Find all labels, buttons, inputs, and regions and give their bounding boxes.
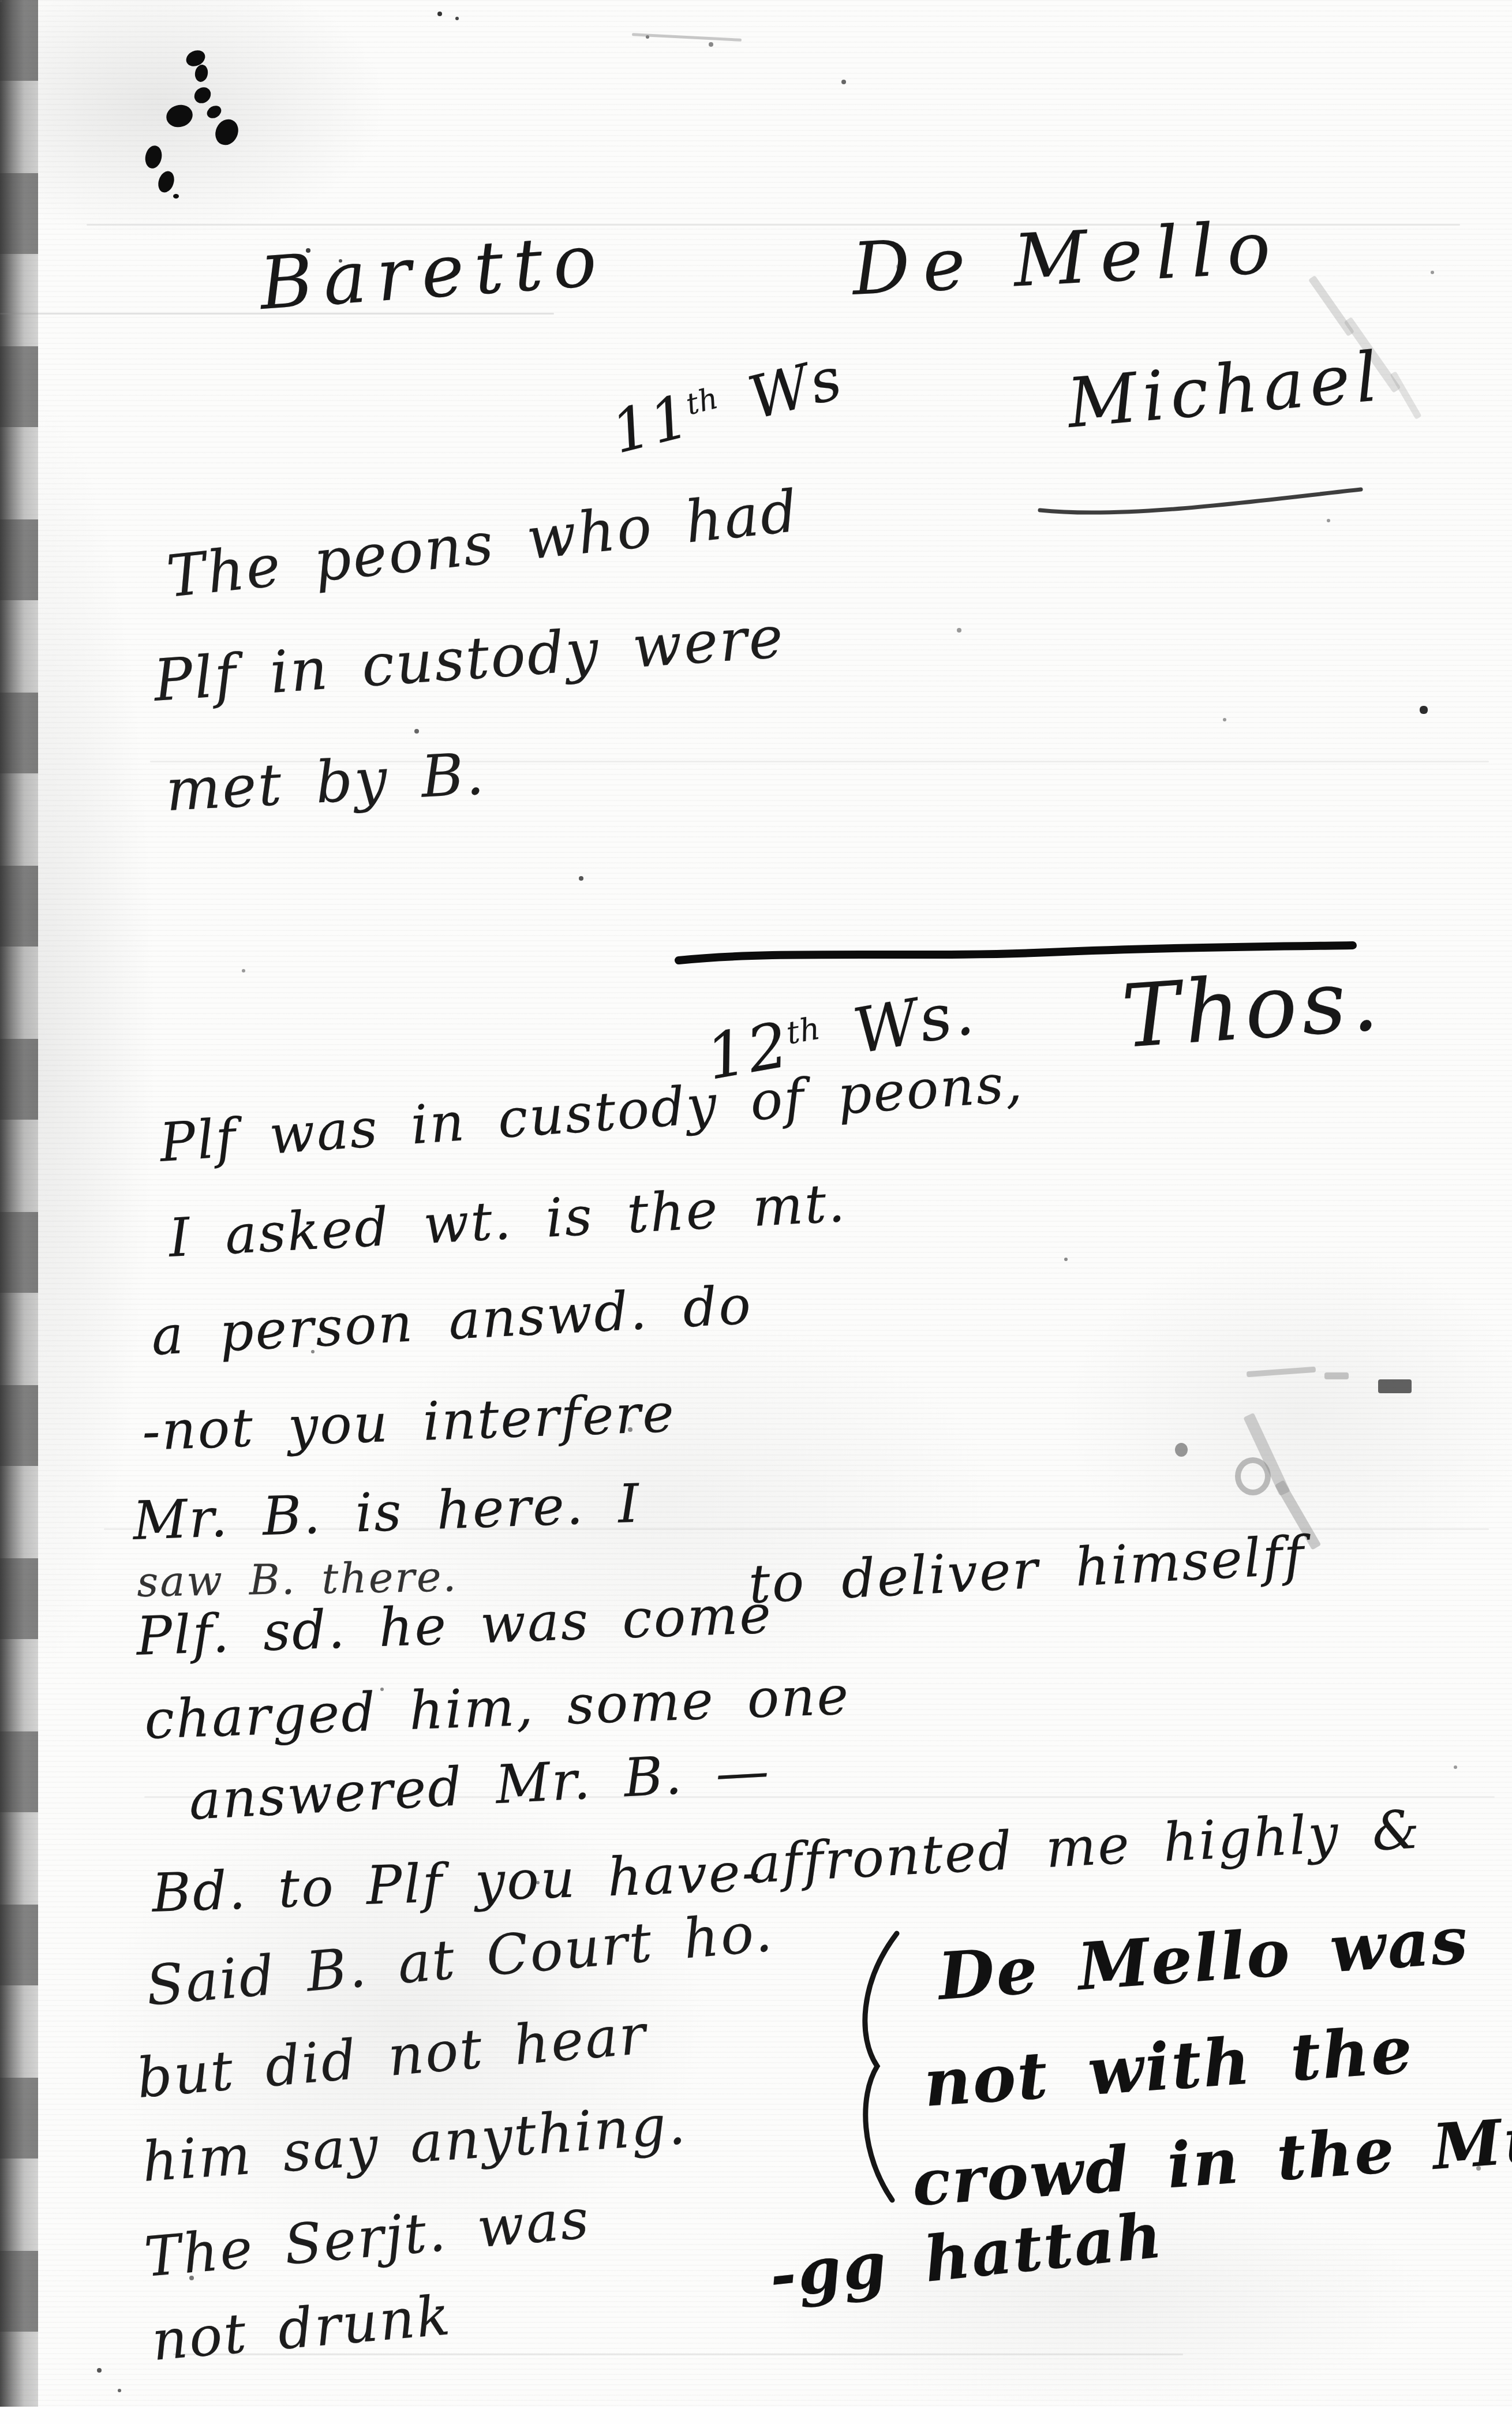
manuscript-page: Baretto De Mello 11th Ws Michael The peo… (0, 0, 1512, 2424)
right-note-line: crowd in the Mur (910, 2106, 1512, 2215)
right-note-block: De Mello was not with the crowd in the M… (0, 0, 1512, 2424)
right-note-line: not with the (922, 2018, 1416, 2116)
right-note-line: De Mello was (936, 1908, 1471, 2010)
bottom-scan-strip (0, 2407, 1512, 2424)
right-note-line: -gg hattah (767, 2204, 1166, 2307)
